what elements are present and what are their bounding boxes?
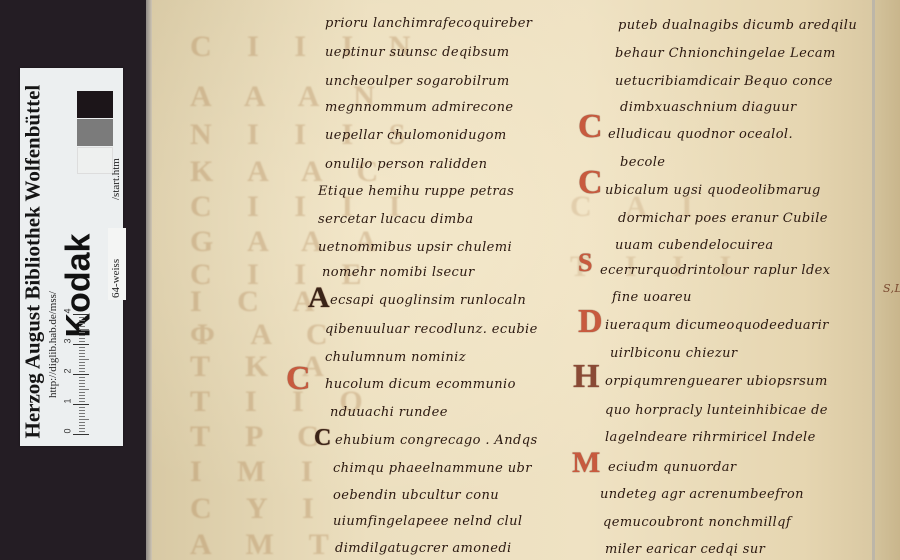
ruler-minor-tick [79,353,85,354]
ruler-label: 0 [63,428,73,433]
ruler-tick [73,314,89,315]
ruler-minor-tick [79,317,85,318]
ruler-label: 2 [63,368,73,373]
ruler-minor-tick [79,401,85,402]
text-line: becole [620,155,665,170]
show-through-text: A M T [190,528,343,560]
page-edge [146,0,152,560]
ruler-minor-tick [79,389,89,390]
text-line: dimdilgatugcrer amonedi [335,541,512,556]
text-line: lagelndeare rihrmiricel Indele [605,430,816,445]
text-line: uetnommibus upsir chulemi [318,240,512,255]
ruler-minor-tick [79,428,85,429]
ruler-label: 4 [63,308,73,313]
show-through-text: T P C [190,420,333,454]
ruler-minor-tick [79,392,85,393]
gray-swatch-black [77,91,113,118]
text-line: behaur Chnionchingelae Lecam [615,46,836,61]
text-line: chulumnum nominiz [325,350,466,365]
text-line: onulilo person ralidden [325,157,487,172]
ruler-minor-tick [79,335,85,336]
ruler-minor-tick [79,356,85,357]
text-line: ehubium congrecago . Andqs [335,433,538,448]
initial-letter: D [578,305,603,339]
text-line: nduuachi rundee [330,405,448,420]
ruler-minor-tick [79,422,85,423]
text-line: oebendin ubcultur conu [333,488,499,503]
gray-swatch-white [77,147,113,174]
text-line: hucolum dicum ecommunio [325,377,516,392]
ruler-minor-tick [79,362,85,363]
cm-ruler: 0 1 2 3 4 [65,318,89,436]
ruler-minor-tick [79,341,85,342]
ruler-minor-tick [79,359,89,360]
ruler-minor-tick [79,383,85,384]
text-line: uetucribiamdicair Bequo conce [615,74,833,89]
text-line: ubicalum ugsi quodeolibmarug [605,183,821,198]
show-through-text: C Y I [190,492,328,526]
text-line: ueptinur suunsc deqibsum [325,45,510,60]
ruler-tick [73,434,89,435]
text-line: uirlbiconu chiezur [610,346,738,361]
initial-letter: A [308,283,330,313]
ruler-minor-tick [79,338,85,339]
ruler-minor-tick [79,395,85,396]
ruler-tick [73,374,89,375]
text-line: fine uoareu [612,290,692,305]
ruler-minor-tick [79,347,85,348]
facing-page-edge: S,L [875,0,900,560]
initial-letter: S [578,250,592,276]
ruler-minor-tick [79,371,85,372]
text-line: puteb dualnagibs dicumb aredqilu [618,18,857,33]
text-line: qemucoubront nonchmillqf [603,515,791,530]
text-line: prioru lanchimrafecoquireber [325,16,532,31]
text-line: miler earicar cedqi sur [605,542,765,557]
text-line: dimbxuaschnium diaguur [620,100,797,115]
ruler-minor-tick [79,377,85,378]
ruler-tick [73,344,89,345]
ruler-minor-tick [79,332,85,333]
ruler-minor-tick [79,419,89,420]
show-through-text: T K A [190,350,338,384]
ruler-minor-tick [79,380,85,381]
text-line: uepellar chulomonidugom [325,128,507,143]
initial-letter: C [286,362,311,396]
text-line: dormichar poes eranur Cubile [618,211,828,226]
ruler-minor-tick [79,365,85,366]
text-line: nomehr nomibi lsecur [322,265,475,280]
text-line: eciudm qunuordar [608,460,736,475]
ruler-minor-tick [79,431,85,432]
ruler-minor-tick [79,329,89,330]
ruler-minor-tick [79,416,85,417]
initial-letter: C [578,110,603,144]
initial-letter: C [578,166,603,200]
gray-swatch-mid [77,119,113,146]
show-through-text: I M I [190,455,327,489]
initial-letter: C [314,426,331,450]
kodak-gray-scale-card: Herzog August Bibliothek Wolfenbüttel Ko… [20,68,123,446]
ruler-minor-tick [79,350,85,351]
text-line: undeteg agr acrenumbeefron [600,487,804,502]
show-through-text: Φ A C [190,318,342,352]
text-line: sercetar lucacu dimba [318,212,474,227]
initial-letter: H [573,360,599,394]
margin-note: S,L [883,282,900,295]
text-line: uuam cubendelocuirea [615,238,773,253]
url-label: http://diglib.hab.de/mss/ [47,258,59,398]
text-line: elludicau quodnor ocealol. [608,127,793,142]
text-line: Etique hemihu ruppe petras [318,184,514,199]
text-line: ecsapi quoglinsim runlocaln [330,293,526,308]
ruler-minor-tick [79,425,85,426]
ruler-label: 3 [63,338,73,343]
ruler-minor-tick [79,413,85,414]
ruler-minor-tick [79,407,85,408]
text-line: orpiqumrenguearer ubiopsrsum [605,374,828,389]
url-suffix-label: /start.htm [110,158,122,200]
text-line: iueraqum dicumeoquodeeduarir [605,318,829,333]
text-line: uiumfingelapeee nelnd clul [333,514,522,529]
initial-letter: M [572,448,600,478]
ruler-tick [73,404,89,405]
text-line: megnnommum admirecone [325,100,513,115]
text-line: quo horpracly lunteinhibicae de [605,403,828,418]
ruler-minor-tick [79,410,85,411]
ruler-minor-tick [79,326,85,327]
shelfmark-label: 64-weiss [110,259,122,298]
ruler-minor-tick [79,320,85,321]
ruler-minor-tick [79,386,85,387]
ruler-minor-tick [79,323,85,324]
ruler-minor-tick [79,398,85,399]
text-line: chimqu phaeelnammune ubr [333,461,532,476]
text-line: uncheoulper sogarobilrum [325,74,510,89]
text-line: qibenuuluar recodlunz. ecubie [325,322,538,337]
institution-name: Herzog August Bibliothek Wolfenbüttel [21,73,46,439]
ruler-label: 1 [63,398,73,403]
ruler-minor-tick [79,368,85,369]
text-line: ecerrurquodrintolour raplur ldex [600,263,831,278]
